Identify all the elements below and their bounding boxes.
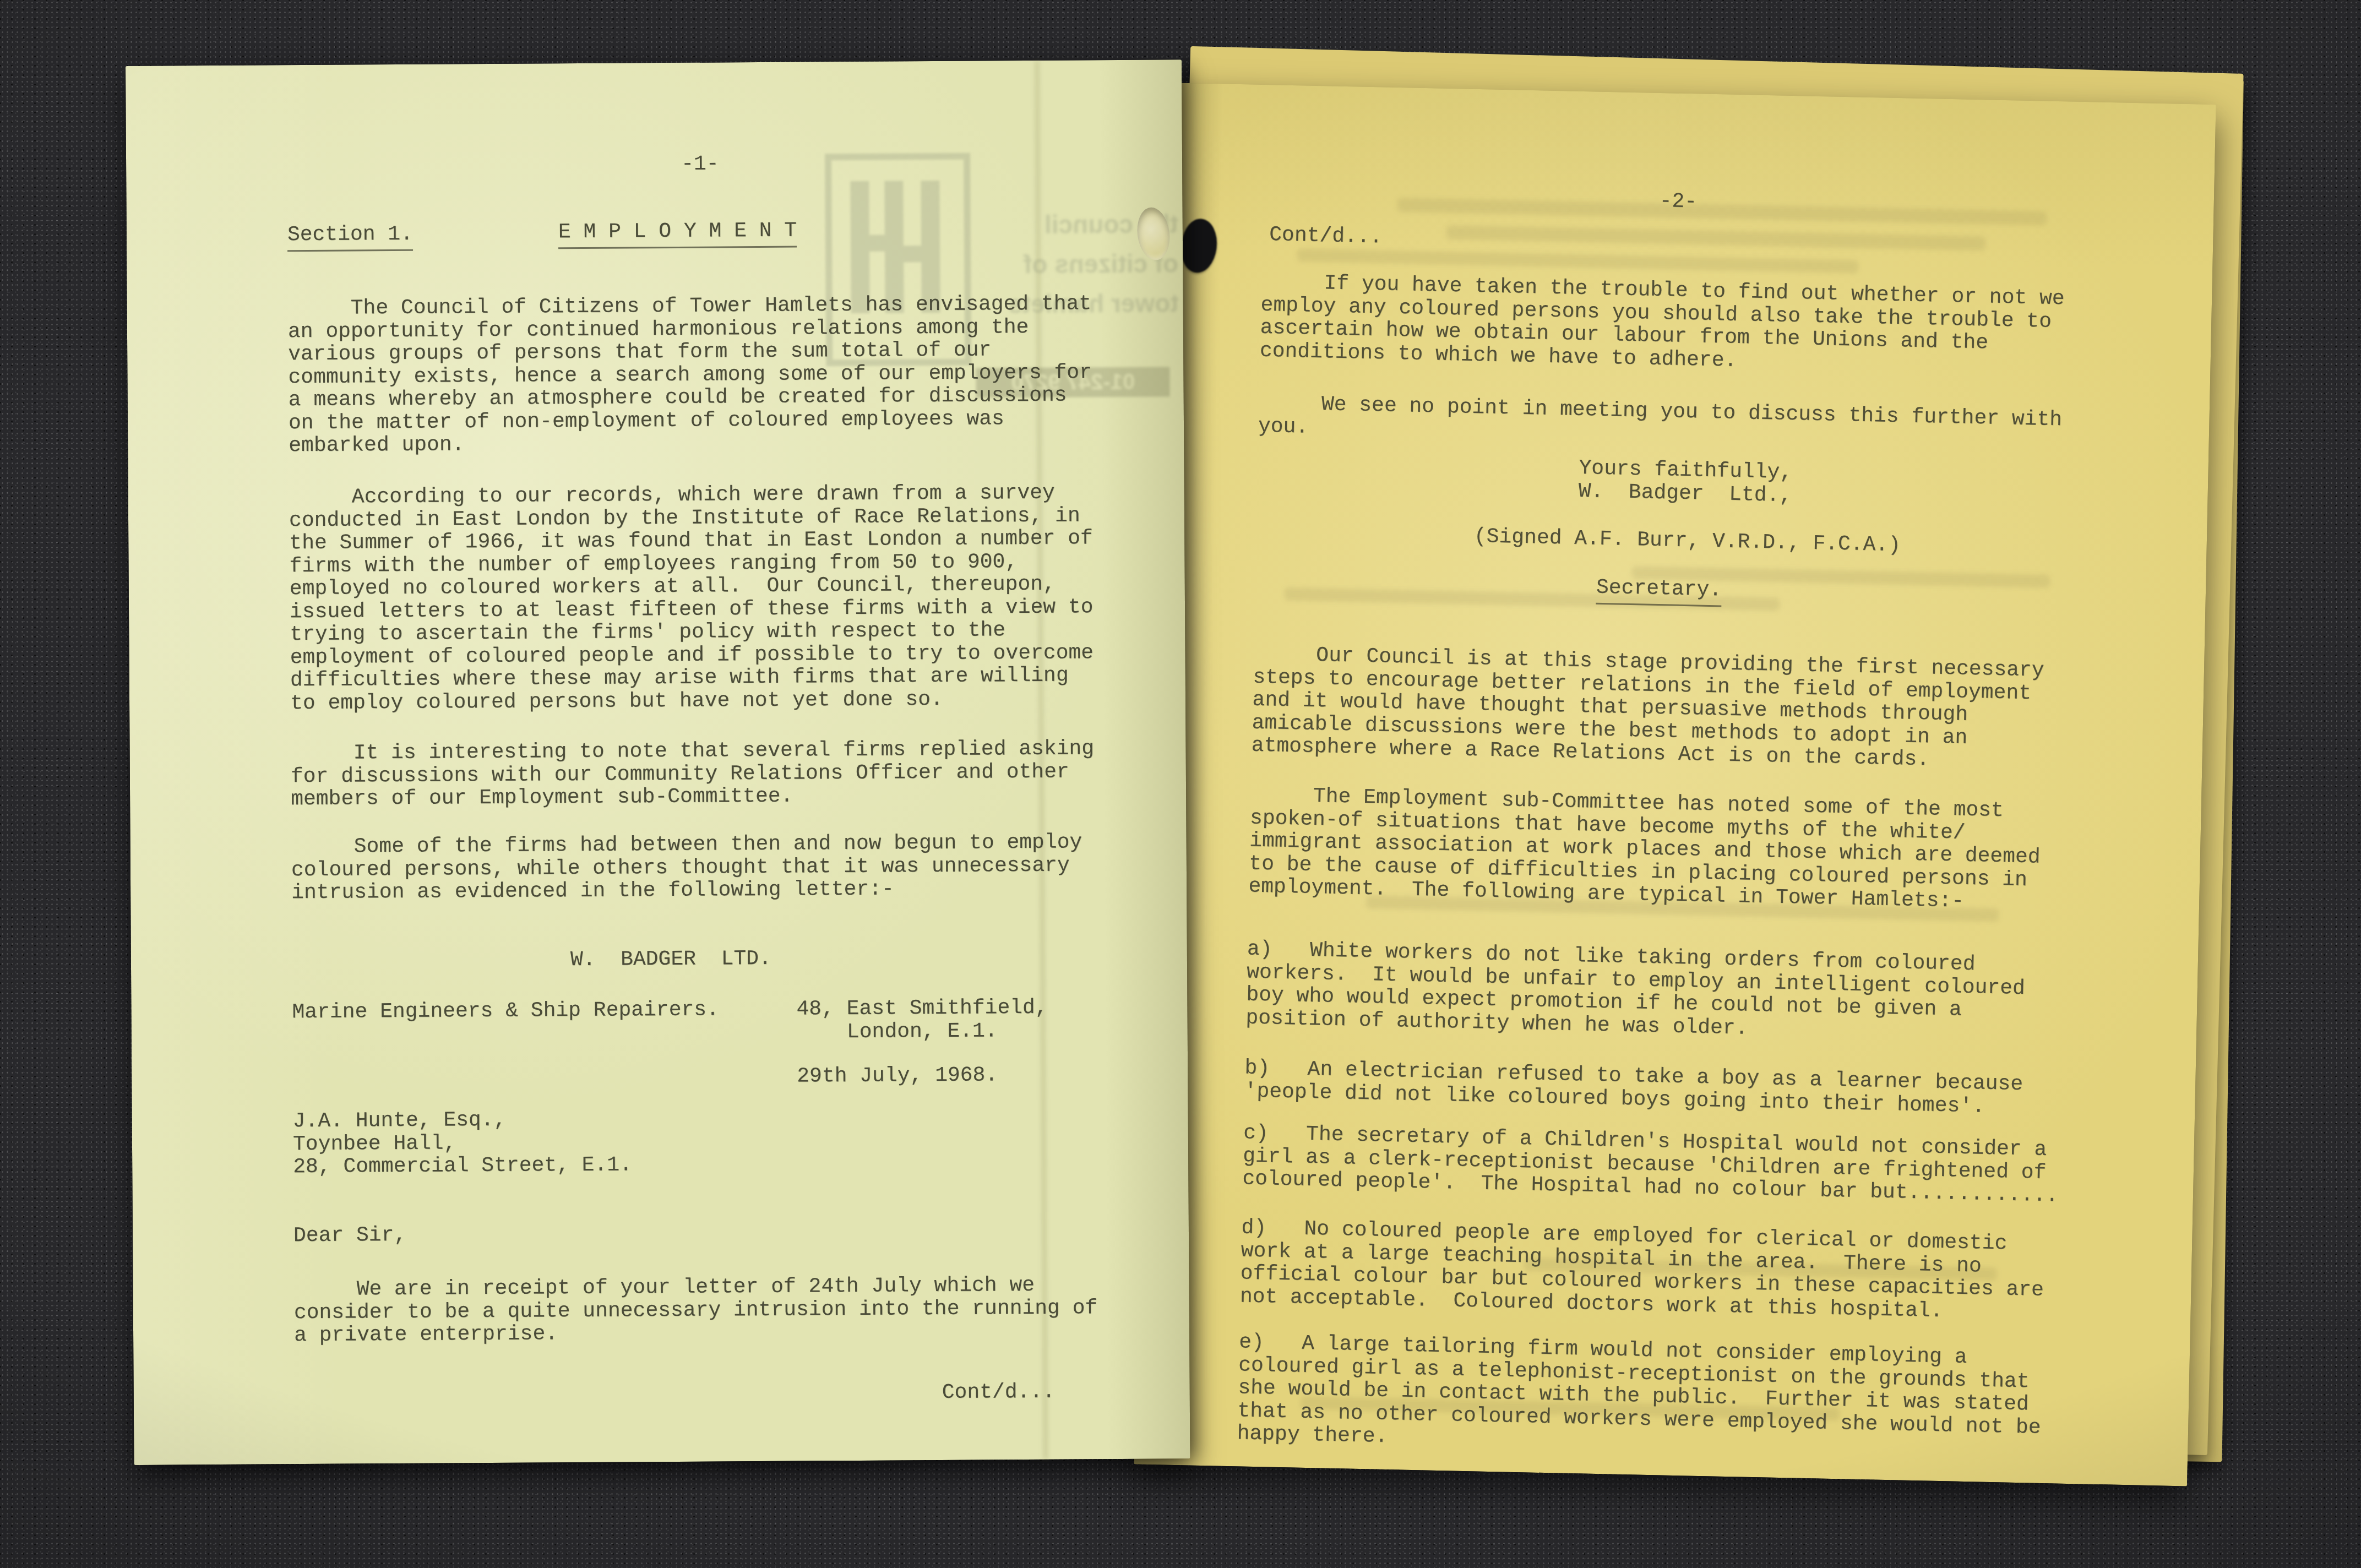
list-item-c: c) The secretary of a Children's Hospita…: [1242, 1121, 2060, 1207]
paragraph-council: Our Council is at this stage providing t…: [1251, 643, 2044, 774]
continuation-marker-top: Cont/d...: [1269, 224, 1383, 249]
punched-hole-light-icon: [1134, 205, 1173, 262]
paragraph-subcommittee: The Employment sub-Committee has noted s…: [1248, 784, 2042, 915]
page-number: -2-: [1659, 190, 1697, 214]
letter-company-heading: W. BADGER LTD.: [570, 948, 771, 972]
signature-title: Secretary.: [1596, 576, 1722, 607]
letter-closing: Yours faithfully, W. Badger Ltd.,: [1578, 457, 1792, 507]
letter-company-description: Marine Engineers & Ship Repairers.: [292, 998, 719, 1023]
paragraph-envisaged: The Council of Citizens of Tower Hamlets…: [288, 292, 1092, 457]
page-number: -1-: [681, 153, 719, 176]
continuation-marker: Cont/d...: [942, 1381, 1055, 1404]
paragraph-no-point: We see no point in meeting you to discus…: [1258, 392, 2063, 455]
letter-body: We are in receipt of your letter of 24th…: [293, 1273, 1097, 1347]
section-title: E M P L O Y M E N T: [558, 220, 797, 249]
bleed-through-smudge: [1397, 198, 2047, 226]
letter-date: 29th July, 1968.: [797, 1064, 998, 1088]
document-page-1: the council of citizens of tower hamlets…: [126, 59, 1190, 1465]
paragraph-firms: Some of the firms had between then and n…: [291, 831, 1082, 904]
document-page-2: -2- Cont/d... If you have taken the trou…: [1134, 83, 2216, 1487]
signed-line: (Signed A.F. Burr, V.R.D., F.C.A.): [1473, 525, 1901, 557]
list-item-a: a) White workers do not like taking orde…: [1245, 938, 2026, 1046]
letter-recipient-address: J.A. Hunte, Esq., Toynbee Hall, 28, Comm…: [293, 1108, 632, 1178]
paragraph-interesting: It is interesting to note that several f…: [291, 737, 1095, 810]
letter-salutation: Dear Sir,: [293, 1224, 406, 1248]
list-item-d: d) No coloured people are employed for c…: [1239, 1216, 2045, 1325]
paragraph-unions: If you have taken the trouble to find ou…: [1259, 271, 2065, 379]
list-item-b: b) An electrician refused to take a boy …: [1244, 1057, 2023, 1119]
section-label: Section 1.: [287, 223, 413, 252]
bleed-through-smudge: [1446, 225, 1985, 251]
paragraph-survey: According to our records, which were dra…: [289, 481, 1094, 715]
list-item-e: e) A large tailoring firm would not cons…: [1237, 1331, 2042, 1462]
letter-company-address: 48, East Smithfield, London, E.1.: [796, 997, 1048, 1044]
punched-hole-dark-icon: [1178, 217, 1220, 275]
bleed-through-smudge: [1297, 248, 1858, 273]
scanned-document-photo: -2- Cont/d... If you have taken the trou…: [0, 0, 2361, 1568]
